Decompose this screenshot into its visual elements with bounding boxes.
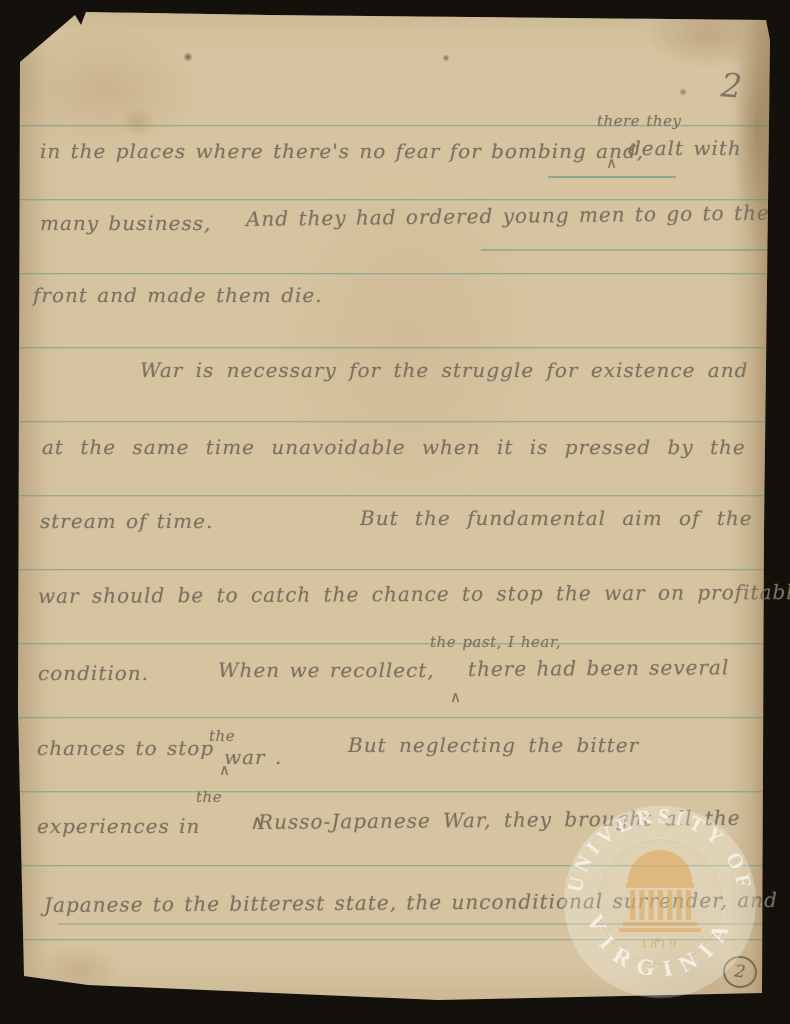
manuscript-line-10b: Russo-Japanese War, they brought all the [258, 806, 741, 834]
interlinear-insertion: the [209, 727, 235, 745]
manuscript-line-9: chances to stop [37, 736, 214, 760]
ghost-ruled-line [548, 176, 676, 178]
circled-page-number-value: 2 [733, 961, 747, 982]
ghost-ruled-line [58, 923, 780, 925]
manuscript-line-8c: there had been several [468, 655, 729, 681]
ghost-ruled-line [481, 249, 781, 251]
manuscript-line-8b: When we recollect, [218, 658, 435, 682]
caret-mark: ∧ [219, 761, 231, 779]
manuscript-line-10: experiences in [37, 814, 200, 838]
caret-mark: ∧ [606, 154, 618, 172]
manuscript-line-9b: war . [224, 745, 282, 769]
manuscript-line-7: war should be to catch the chance to sto… [38, 580, 790, 608]
manuscript-line-5: at the same time unavoidable when it is … [42, 435, 746, 459]
manuscript-line-9c: But neglecting the bitter [348, 733, 639, 757]
manuscript-line-2: many business, [40, 211, 211, 235]
page-number: 2 [720, 65, 744, 105]
manuscript-line-1: in the places where there's no fear for … [40, 139, 644, 163]
manuscript-line-6b: But the fundamental aim of the [360, 506, 753, 530]
manuscript-line-1b: dealt with [628, 136, 742, 160]
interlinear-insertion: there they [597, 112, 681, 130]
manuscript-line-11: Japanese to the bitterest state, the unc… [44, 888, 778, 917]
manuscript-line-4: War is necessary for the struggle for ex… [140, 358, 748, 382]
interlinear-insertion: the past, I hear, [430, 633, 561, 651]
manuscript-line-6: stream of time. [40, 509, 213, 533]
manuscript-line-3: front and made them die. [33, 283, 323, 307]
caret-mark: ∧ [250, 810, 266, 834]
interlinear-insertion: the [196, 788, 222, 806]
manuscript-line-8: condition. [38, 661, 149, 685]
document-scan: in the places where there's no fear for … [0, 0, 790, 1024]
caret-mark: ∧ [450, 688, 462, 706]
